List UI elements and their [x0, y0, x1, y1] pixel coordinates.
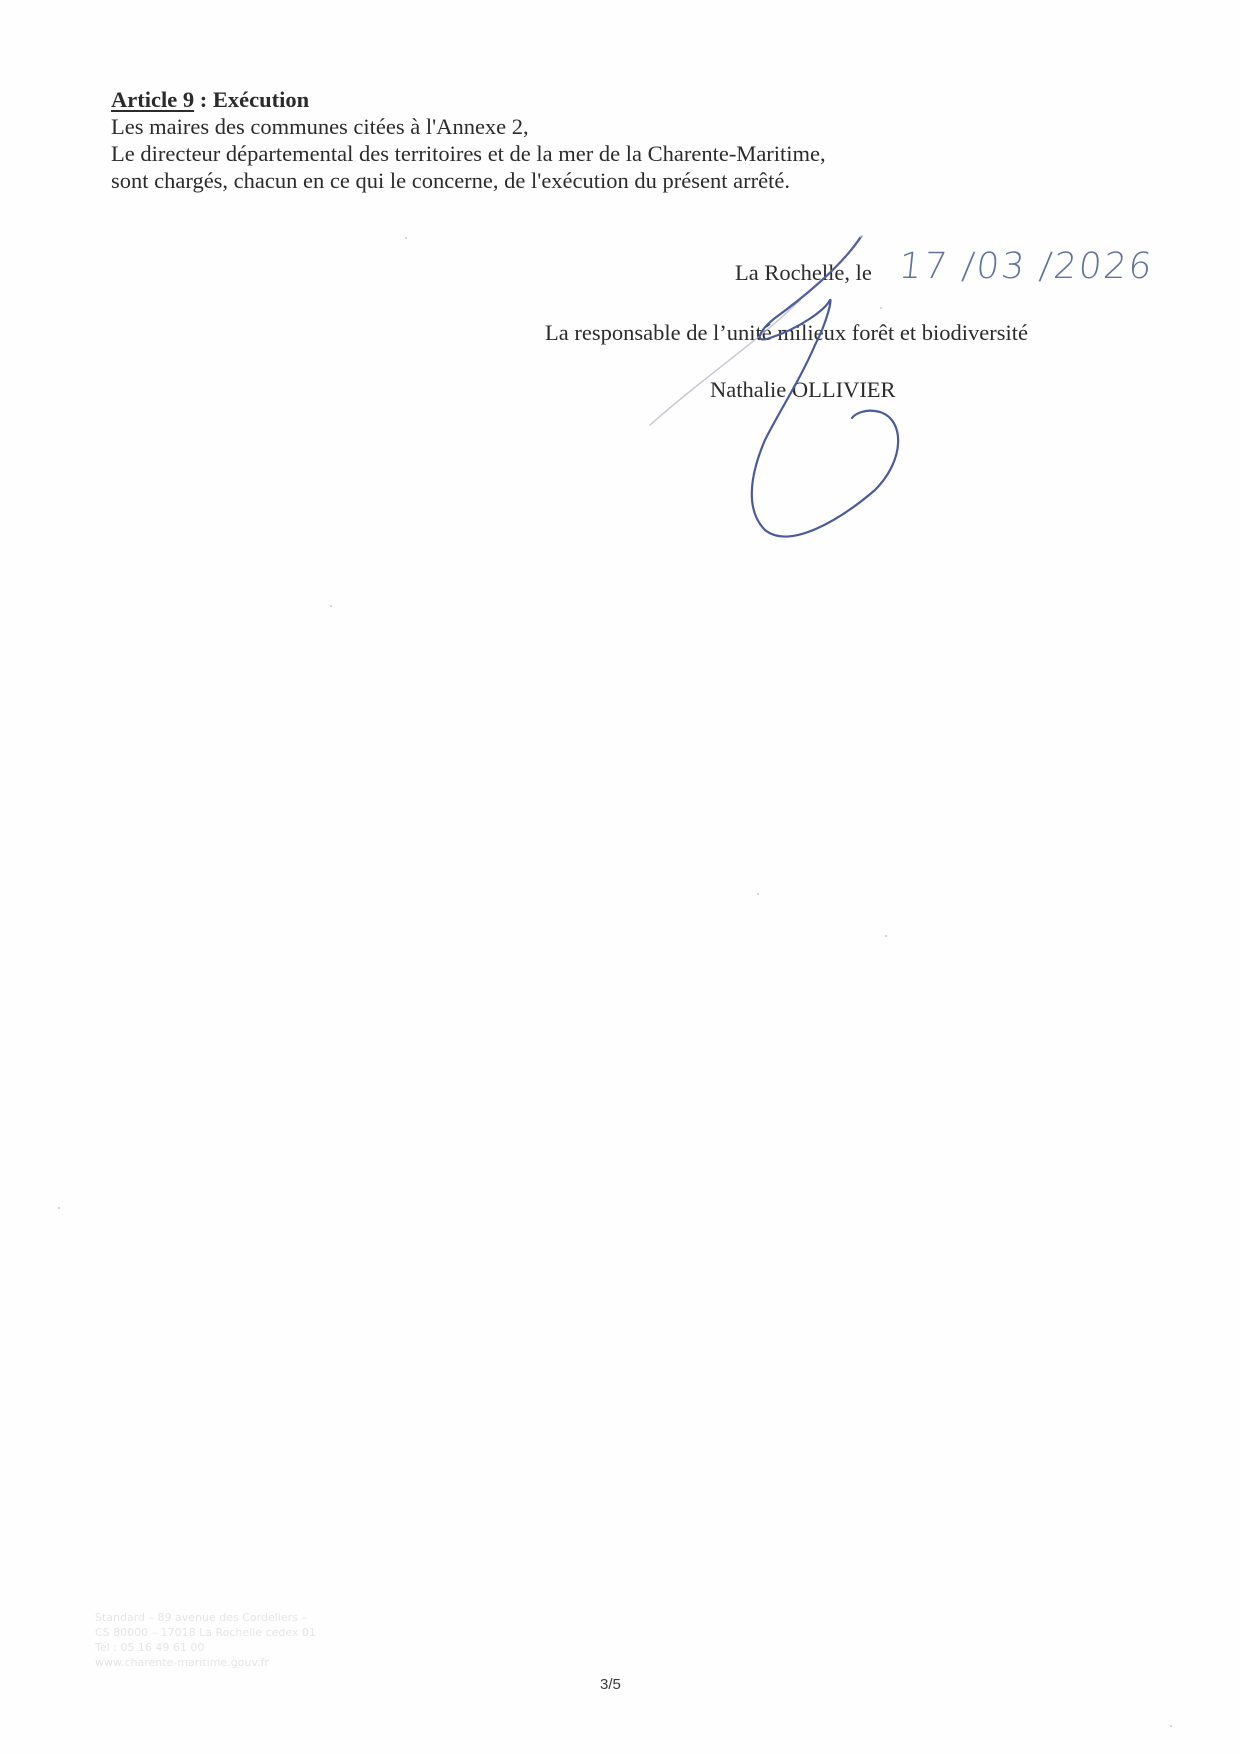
- scan-speck: [880, 307, 882, 309]
- article-line-director: Le directeur départemental des territoir…: [111, 140, 826, 167]
- footer-address: Standard – 89 avenue des Cordeliers – CS…: [95, 1610, 316, 1670]
- scan-speck: [885, 935, 887, 937]
- signature-place: La Rochelle, le: [735, 260, 872, 286]
- scan-speck: [757, 893, 759, 895]
- signatory-name: Nathalie OLLIVIER: [710, 377, 896, 403]
- footer-address-line: CS 80000 – 17018 La Rochelle cedex 01: [95, 1625, 316, 1640]
- scan-speck: [330, 605, 332, 607]
- article-heading-separator: :: [194, 87, 213, 112]
- scan-speck: [1170, 1725, 1172, 1727]
- article-line-mayors: Les maires des communes citées à l'Annex…: [111, 113, 826, 140]
- footer-address-line: Tél : 05 16 49 61 00: [95, 1640, 316, 1655]
- footer-website: www.charente-maritime.gouv.fr: [95, 1655, 316, 1670]
- article-number: Article 9: [111, 87, 194, 112]
- scan-speck: [405, 237, 407, 239]
- page-number: 3/5: [600, 1676, 621, 1693]
- scan-speck: [58, 1207, 60, 1209]
- signatory-role: La responsable de l’unité milieux forêt …: [545, 320, 1028, 346]
- article-heading: Article 9 : Exécution: [111, 86, 826, 113]
- article-line-execution: sont chargés, chacun en ce qui le concer…: [111, 167, 826, 194]
- handwritten-date: 17 /03 /2026: [897, 246, 1156, 287]
- document-page: Article 9 : Exécution Les maires des com…: [0, 0, 1240, 1754]
- article-9-section: Article 9 : Exécution Les maires des com…: [111, 86, 826, 194]
- footer-address-line: Standard – 89 avenue des Cordeliers –: [95, 1610, 316, 1625]
- article-title: Exécution: [213, 87, 309, 112]
